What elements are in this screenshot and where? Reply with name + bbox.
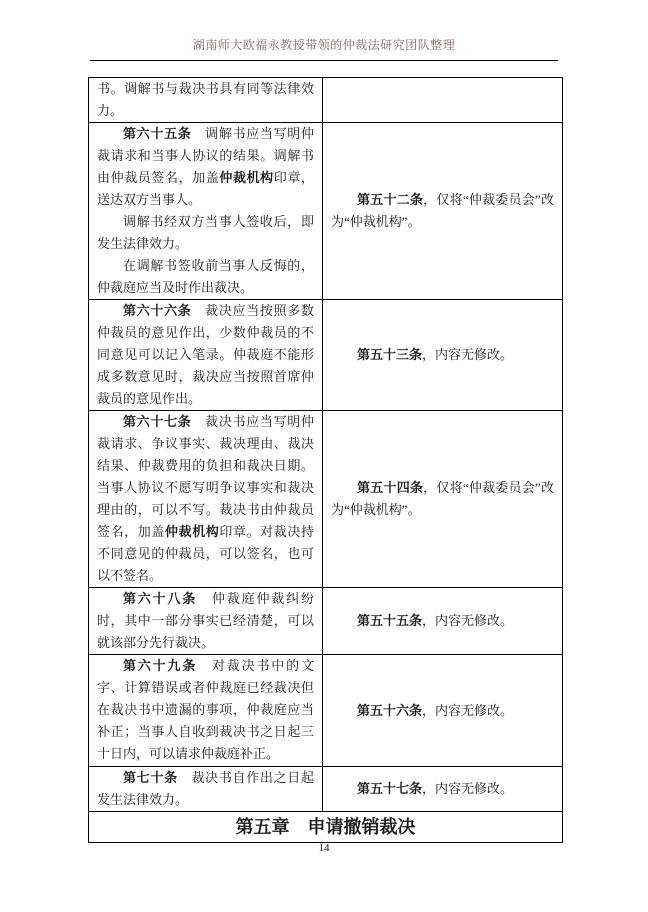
text-segment: 书。调解书与裁决书具有同等法律效力。: [97, 81, 314, 118]
article-number-bold-text: 第五十二条: [357, 192, 423, 207]
text-segment: ，内容无修改。: [422, 781, 513, 796]
paragraph: 第五十二条，仅将“仲裁委员会”改为“仲裁机构”。: [331, 189, 554, 233]
left-column-cell: 第六十八条 仲裁庭仲裁纠纷时，其中一部分事实已经清楚，可以就该部分先行裁决。: [89, 588, 323, 655]
article-number-bold-text: 仲裁机构: [165, 524, 219, 539]
article-number-bold-text: 第五十四条: [357, 480, 423, 495]
text-segment: 裁决应当按照多数仲裁员的意见作出，少数仲裁员的不同意见可以记入笔录。仲裁庭不能形…: [97, 303, 314, 406]
paragraph: 第五十七条，内容无修改。: [331, 778, 554, 800]
paragraph: 书。调解书与裁决书具有同等法律效力。: [97, 78, 314, 122]
right-column-cell: 第五十五条，内容无修改。: [323, 588, 563, 655]
paragraph: 第六十五条 调解书应当写明仲裁请求和当事人协议的结果。调解书由仲裁员签名，加盖仲…: [97, 123, 314, 211]
article-number-bold-text: 第五十五条: [357, 613, 422, 628]
article-number-bold-text: 第六十九条: [123, 658, 197, 673]
article-number-bold-text: 第七十条: [123, 770, 178, 785]
left-column-cell: 第七十条 裁决书自作出之日起发生法律效力。: [89, 767, 323, 812]
paragraph: 调解书经双方当事人签收后，即发生法律效力。: [97, 211, 314, 255]
right-column-cell: 第五十三条，内容无修改。: [323, 300, 563, 411]
left-column-cell: 第六十六条 裁决应当按照多数仲裁员的意见作出，少数仲裁员的不同意见可以记入笔录。…: [89, 300, 323, 411]
article-number-bold-text: 第六十七条: [123, 414, 191, 429]
table-row: 第六十六条 裁决应当按照多数仲裁员的意见作出，少数仲裁员的不同意见可以记入笔录。…: [89, 300, 563, 411]
table-row: 第七十条 裁决书自作出之日起发生法律效力。第五十七条，内容无修改。: [89, 767, 563, 812]
left-column-cell: 书。调解书与裁决书具有同等法律效力。: [89, 78, 323, 123]
paragraph: 第五十五条，内容无修改。: [331, 610, 554, 632]
article-number-bold-text: 第六十六条: [123, 303, 191, 318]
article-number-bold-text: 第五十六条: [357, 703, 422, 718]
article-number-bold-text: 第五十七条: [357, 781, 422, 796]
paragraph: 第六十七条 裁决书应当写明仲裁请求、争议事实、裁决理由、裁决结果、仲裁费用的负担…: [97, 411, 314, 587]
table-row: 第六十八条 仲裁庭仲裁纠纷时，其中一部分事实已经清楚，可以就该部分先行裁决。第五…: [89, 588, 563, 655]
text-segment: 在调解书签收前当事人反悔的，仲裁庭应当及时作出裁决。: [97, 258, 314, 295]
page-footer: 14: [0, 842, 648, 854]
page-number: 14: [319, 842, 330, 854]
paragraph: 第七十条 裁决书自作出之日起发生法律效力。: [97, 767, 314, 811]
table-body: 书。调解书与裁决书具有同等法律效力。第六十五条 调解书应当写明仲裁请求和当事人协…: [89, 78, 563, 843]
right-column-cell: [323, 78, 563, 123]
article-number-bold-text: 第五十三条: [357, 347, 422, 362]
table-row: 第六十五条 调解书应当写明仲裁请求和当事人协议的结果。调解书由仲裁员签名，加盖仲…: [89, 123, 563, 300]
paragraph: 第五十六条，内容无修改。: [331, 700, 554, 722]
table-row: 第六十七条 裁决书应当写明仲裁请求、争议事实、裁决理由、裁决结果、仲裁费用的负担…: [89, 411, 563, 588]
right-column-cell: 第五十六条，内容无修改。: [323, 655, 563, 767]
table-row: 书。调解书与裁决书具有同等法律效力。: [89, 78, 563, 123]
page-header: 湖南师大欧福永教授带领的仲裁法研究团队整理: [90, 36, 558, 61]
right-column-cell: 第五十四条，仅将“仲裁委员会”改为“仲裁机构”。: [323, 411, 563, 588]
chapter-heading-row: 第五章 申请撤销裁决: [89, 812, 563, 843]
paragraph: 第五十三条，内容无修改。: [331, 344, 554, 366]
paragraph: 第六十八条 仲裁庭仲裁纠纷时，其中一部分事实已经清楚，可以就该部分先行裁决。: [97, 588, 314, 654]
text-segment: ，内容无修改。: [422, 347, 513, 362]
paragraph: 第六十九条 对裁决书中的文字、计算错误或者仲裁庭已经裁决但在裁决书中遗漏的事项，…: [97, 655, 314, 765]
table-row: 第六十九条 对裁决书中的文字、计算错误或者仲裁庭已经裁决但在裁决书中遗漏的事项，…: [89, 655, 563, 767]
paragraph: 第六十六条 裁决应当按照多数仲裁员的意见作出，少数仲裁员的不同意见可以记入笔录。…: [97, 300, 314, 410]
paragraph: 第五十四条，仅将“仲裁委员会”改为“仲裁机构”。: [331, 477, 554, 521]
comparison-table: 书。调解书与裁决书具有同等法律效力。第六十五条 调解书应当写明仲裁请求和当事人协…: [88, 77, 563, 843]
text-segment: ，内容无修改。: [422, 703, 513, 718]
chapter-heading: 第五章 申请撤销裁决: [89, 812, 563, 843]
text-segment: 对裁决书中的文字、计算错误或者仲裁庭已经裁决但在裁决书中遗漏的事项，仲裁庭应当补…: [97, 658, 314, 761]
text-segment: ，内容无修改。: [422, 613, 513, 628]
left-column-cell: 第六十五条 调解书应当写明仲裁请求和当事人协议的结果。调解书由仲裁员签名，加盖仲…: [89, 123, 323, 300]
article-number-bold-text: 第六十五条: [123, 126, 191, 141]
left-column-cell: 第六十九条 对裁决书中的文字、计算错误或者仲裁庭已经裁决但在裁决书中遗漏的事项，…: [89, 655, 323, 767]
article-number-bold-text: 仲裁机构: [219, 170, 273, 185]
paragraph: 在调解书签收前当事人反悔的，仲裁庭应当及时作出裁决。: [97, 255, 314, 299]
page-header-text: 湖南师大欧福永教授带领的仲裁法研究团队整理: [90, 36, 558, 53]
text-segment: 调解书经双方当事人签收后，即发生法律效力。: [97, 214, 314, 251]
right-column-cell: 第五十二条，仅将“仲裁委员会”改为“仲裁机构”。: [323, 123, 563, 300]
text-segment: 裁决书应当写明仲裁请求、争议事实、裁决理由、裁决结果、仲裁费用的负担和裁决日期。…: [97, 414, 314, 539]
left-column-cell: 第六十七条 裁决书应当写明仲裁请求、争议事实、裁决理由、裁决结果、仲裁费用的负担…: [89, 411, 323, 588]
article-number-bold-text: 第六十八条: [123, 591, 197, 606]
right-column-cell: 第五十七条，内容无修改。: [323, 767, 563, 812]
